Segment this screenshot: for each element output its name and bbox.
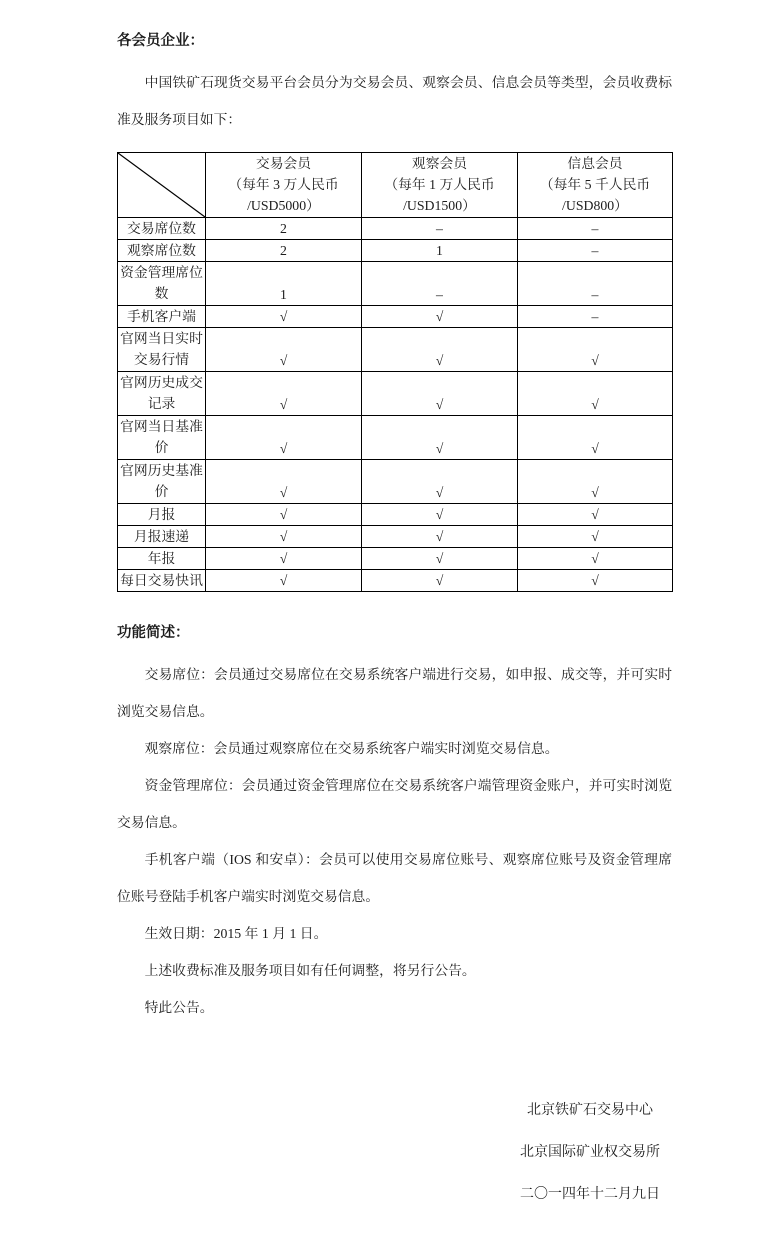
row-label: 月报 bbox=[118, 503, 206, 525]
column-header-info-member: 信息会员 （每年 5 千人民币 /USD800） bbox=[518, 152, 673, 217]
row-value: 1 bbox=[362, 239, 518, 261]
row-value: – bbox=[362, 261, 518, 305]
row-value: √ bbox=[362, 305, 518, 327]
row-value: √ bbox=[206, 305, 362, 327]
row-label: 观察席位数 bbox=[118, 239, 206, 261]
salutation: 各会员企业： bbox=[117, 0, 672, 52]
row-value: √ bbox=[518, 459, 673, 503]
row-value: √ bbox=[518, 327, 673, 371]
member-type-name: 交易会员 bbox=[206, 153, 361, 174]
row-label: 年报 bbox=[118, 547, 206, 569]
diagonal-line bbox=[118, 153, 205, 217]
row-value: √ bbox=[362, 503, 518, 525]
row-value: – bbox=[518, 217, 673, 239]
table-header-row: 交易会员 （每年 3 万人民币 /USD5000） 观察会员 （每年 1 万人民… bbox=[118, 152, 673, 217]
row-value: √ bbox=[362, 569, 518, 591]
table-corner-diagonal bbox=[118, 152, 206, 217]
row-value: – bbox=[518, 239, 673, 261]
row-value: – bbox=[362, 217, 518, 239]
table-row: 月报速递 √ √ √ bbox=[118, 525, 673, 547]
row-label: 每日交易快讯 bbox=[118, 569, 206, 591]
paragraph-effective-date: 生效日期：2015 年 1 月 1 日。 bbox=[117, 915, 672, 952]
paragraph-observer-seat: 观察席位：会员通过观察席位在交易系统客户端实时浏览交易信息。 bbox=[117, 730, 672, 767]
row-value: √ bbox=[362, 547, 518, 569]
table-row: 官网历史成交记录 √ √ √ bbox=[118, 371, 673, 415]
signature-date: 二〇一四年十二月九日 bbox=[450, 1174, 730, 1216]
table-row: 官网历史基准价 √ √ √ bbox=[118, 459, 673, 503]
member-fee-cny: （每年 1 万人民币 bbox=[362, 174, 517, 195]
intro-paragraph: 中国铁矿石现货交易平台会员分为交易会员、观察会员、信息会员等类型，会员收费标准及… bbox=[117, 64, 672, 138]
row-value: √ bbox=[206, 327, 362, 371]
row-value: √ bbox=[362, 459, 518, 503]
table-row: 年报 √ √ √ bbox=[118, 547, 673, 569]
paragraph-adjustment-notice: 上述收费标准及服务项目如有任何调整，将另行公告。 bbox=[117, 952, 672, 989]
row-value: √ bbox=[206, 459, 362, 503]
row-value: 2 bbox=[206, 239, 362, 261]
row-value: √ bbox=[362, 327, 518, 371]
row-value: √ bbox=[518, 569, 673, 591]
member-fee-usd: /USD5000） bbox=[206, 195, 361, 216]
member-fee-usd: /USD1500） bbox=[362, 195, 517, 216]
row-label: 官网历史基准价 bbox=[118, 459, 206, 503]
row-value: √ bbox=[206, 569, 362, 591]
table-row: 每日交易快讯 √ √ √ bbox=[118, 569, 673, 591]
row-value: – bbox=[518, 305, 673, 327]
signature-org-1: 北京铁矿石交易中心 bbox=[450, 1090, 730, 1132]
paragraph-announcement: 特此公告。 bbox=[117, 989, 672, 1026]
table-row: 月报 √ √ √ bbox=[118, 503, 673, 525]
row-value: √ bbox=[518, 503, 673, 525]
column-header-observer-member: 观察会员 （每年 1 万人民币 /USD1500） bbox=[362, 152, 518, 217]
row-value: √ bbox=[362, 415, 518, 459]
member-fee-cny: （每年 5 千人民币 bbox=[518, 174, 672, 195]
member-fee-usd: /USD800） bbox=[518, 195, 672, 216]
signature-org-2: 北京国际矿业权交易所 bbox=[450, 1132, 730, 1174]
signature-block: 北京铁矿石交易中心 北京国际矿业权交易所 二〇一四年十二月九日 bbox=[450, 1090, 730, 1216]
table-row: 交易席位数 2 – – bbox=[118, 217, 673, 239]
member-type-name: 信息会员 bbox=[518, 153, 672, 174]
functions-heading: 功能简述： bbox=[117, 622, 672, 644]
row-label: 月报速递 bbox=[118, 525, 206, 547]
table-row: 手机客户端 √ √ – bbox=[118, 305, 673, 327]
paragraph-mobile-client: 手机客户端（IOS 和安卓）：会员可以使用交易席位账号、观察席位账号及资金管理席… bbox=[117, 841, 672, 915]
row-label: 官网当日基准价 bbox=[118, 415, 206, 459]
table-row: 官网当日基准价 √ √ √ bbox=[118, 415, 673, 459]
paragraph-trading-seat: 交易席位：会员通过交易席位在交易系统客户端进行交易，如申报、成交等，并可实时浏览… bbox=[117, 656, 672, 730]
row-value: √ bbox=[362, 371, 518, 415]
member-type-name: 观察会员 bbox=[362, 153, 517, 174]
row-label: 资金管理席位数 bbox=[118, 261, 206, 305]
row-value: √ bbox=[206, 547, 362, 569]
membership-fee-table: 交易会员 （每年 3 万人民币 /USD5000） 观察会员 （每年 1 万人民… bbox=[117, 152, 673, 592]
row-value: √ bbox=[362, 525, 518, 547]
row-label: 手机客户端 bbox=[118, 305, 206, 327]
table-row: 观察席位数 2 1 – bbox=[118, 239, 673, 261]
row-value: √ bbox=[518, 547, 673, 569]
paragraph-fund-seat: 资金管理席位：会员通过资金管理席位在交易系统客户端管理资金账户，并可实时浏览交易… bbox=[117, 767, 672, 841]
row-value: – bbox=[518, 261, 673, 305]
row-value: 2 bbox=[206, 217, 362, 239]
row-value: √ bbox=[518, 415, 673, 459]
row-value: √ bbox=[206, 525, 362, 547]
row-value: √ bbox=[206, 415, 362, 459]
row-value: √ bbox=[206, 503, 362, 525]
row-value: √ bbox=[206, 371, 362, 415]
member-fee-cny: （每年 3 万人民币 bbox=[206, 174, 361, 195]
table-row: 官网当日实时交易行情 √ √ √ bbox=[118, 327, 673, 371]
row-value: √ bbox=[518, 525, 673, 547]
row-label: 交易席位数 bbox=[118, 217, 206, 239]
row-value: √ bbox=[518, 371, 673, 415]
row-label: 官网当日实时交易行情 bbox=[118, 327, 206, 371]
row-label: 官网历史成交记录 bbox=[118, 371, 206, 415]
table-row: 资金管理席位数 1 – – bbox=[118, 261, 673, 305]
column-header-trading-member: 交易会员 （每年 3 万人民币 /USD5000） bbox=[206, 152, 362, 217]
document-content: 各会员企业： 中国铁矿石现货交易平台会员分为交易会员、观察会员、信息会员等类型，… bbox=[117, 0, 672, 1026]
document-page: 各会员企业： 中国铁矿石现货交易平台会员分为交易会员、观察会员、信息会员等类型，… bbox=[0, 0, 771, 1240]
row-value: 1 bbox=[206, 261, 362, 305]
